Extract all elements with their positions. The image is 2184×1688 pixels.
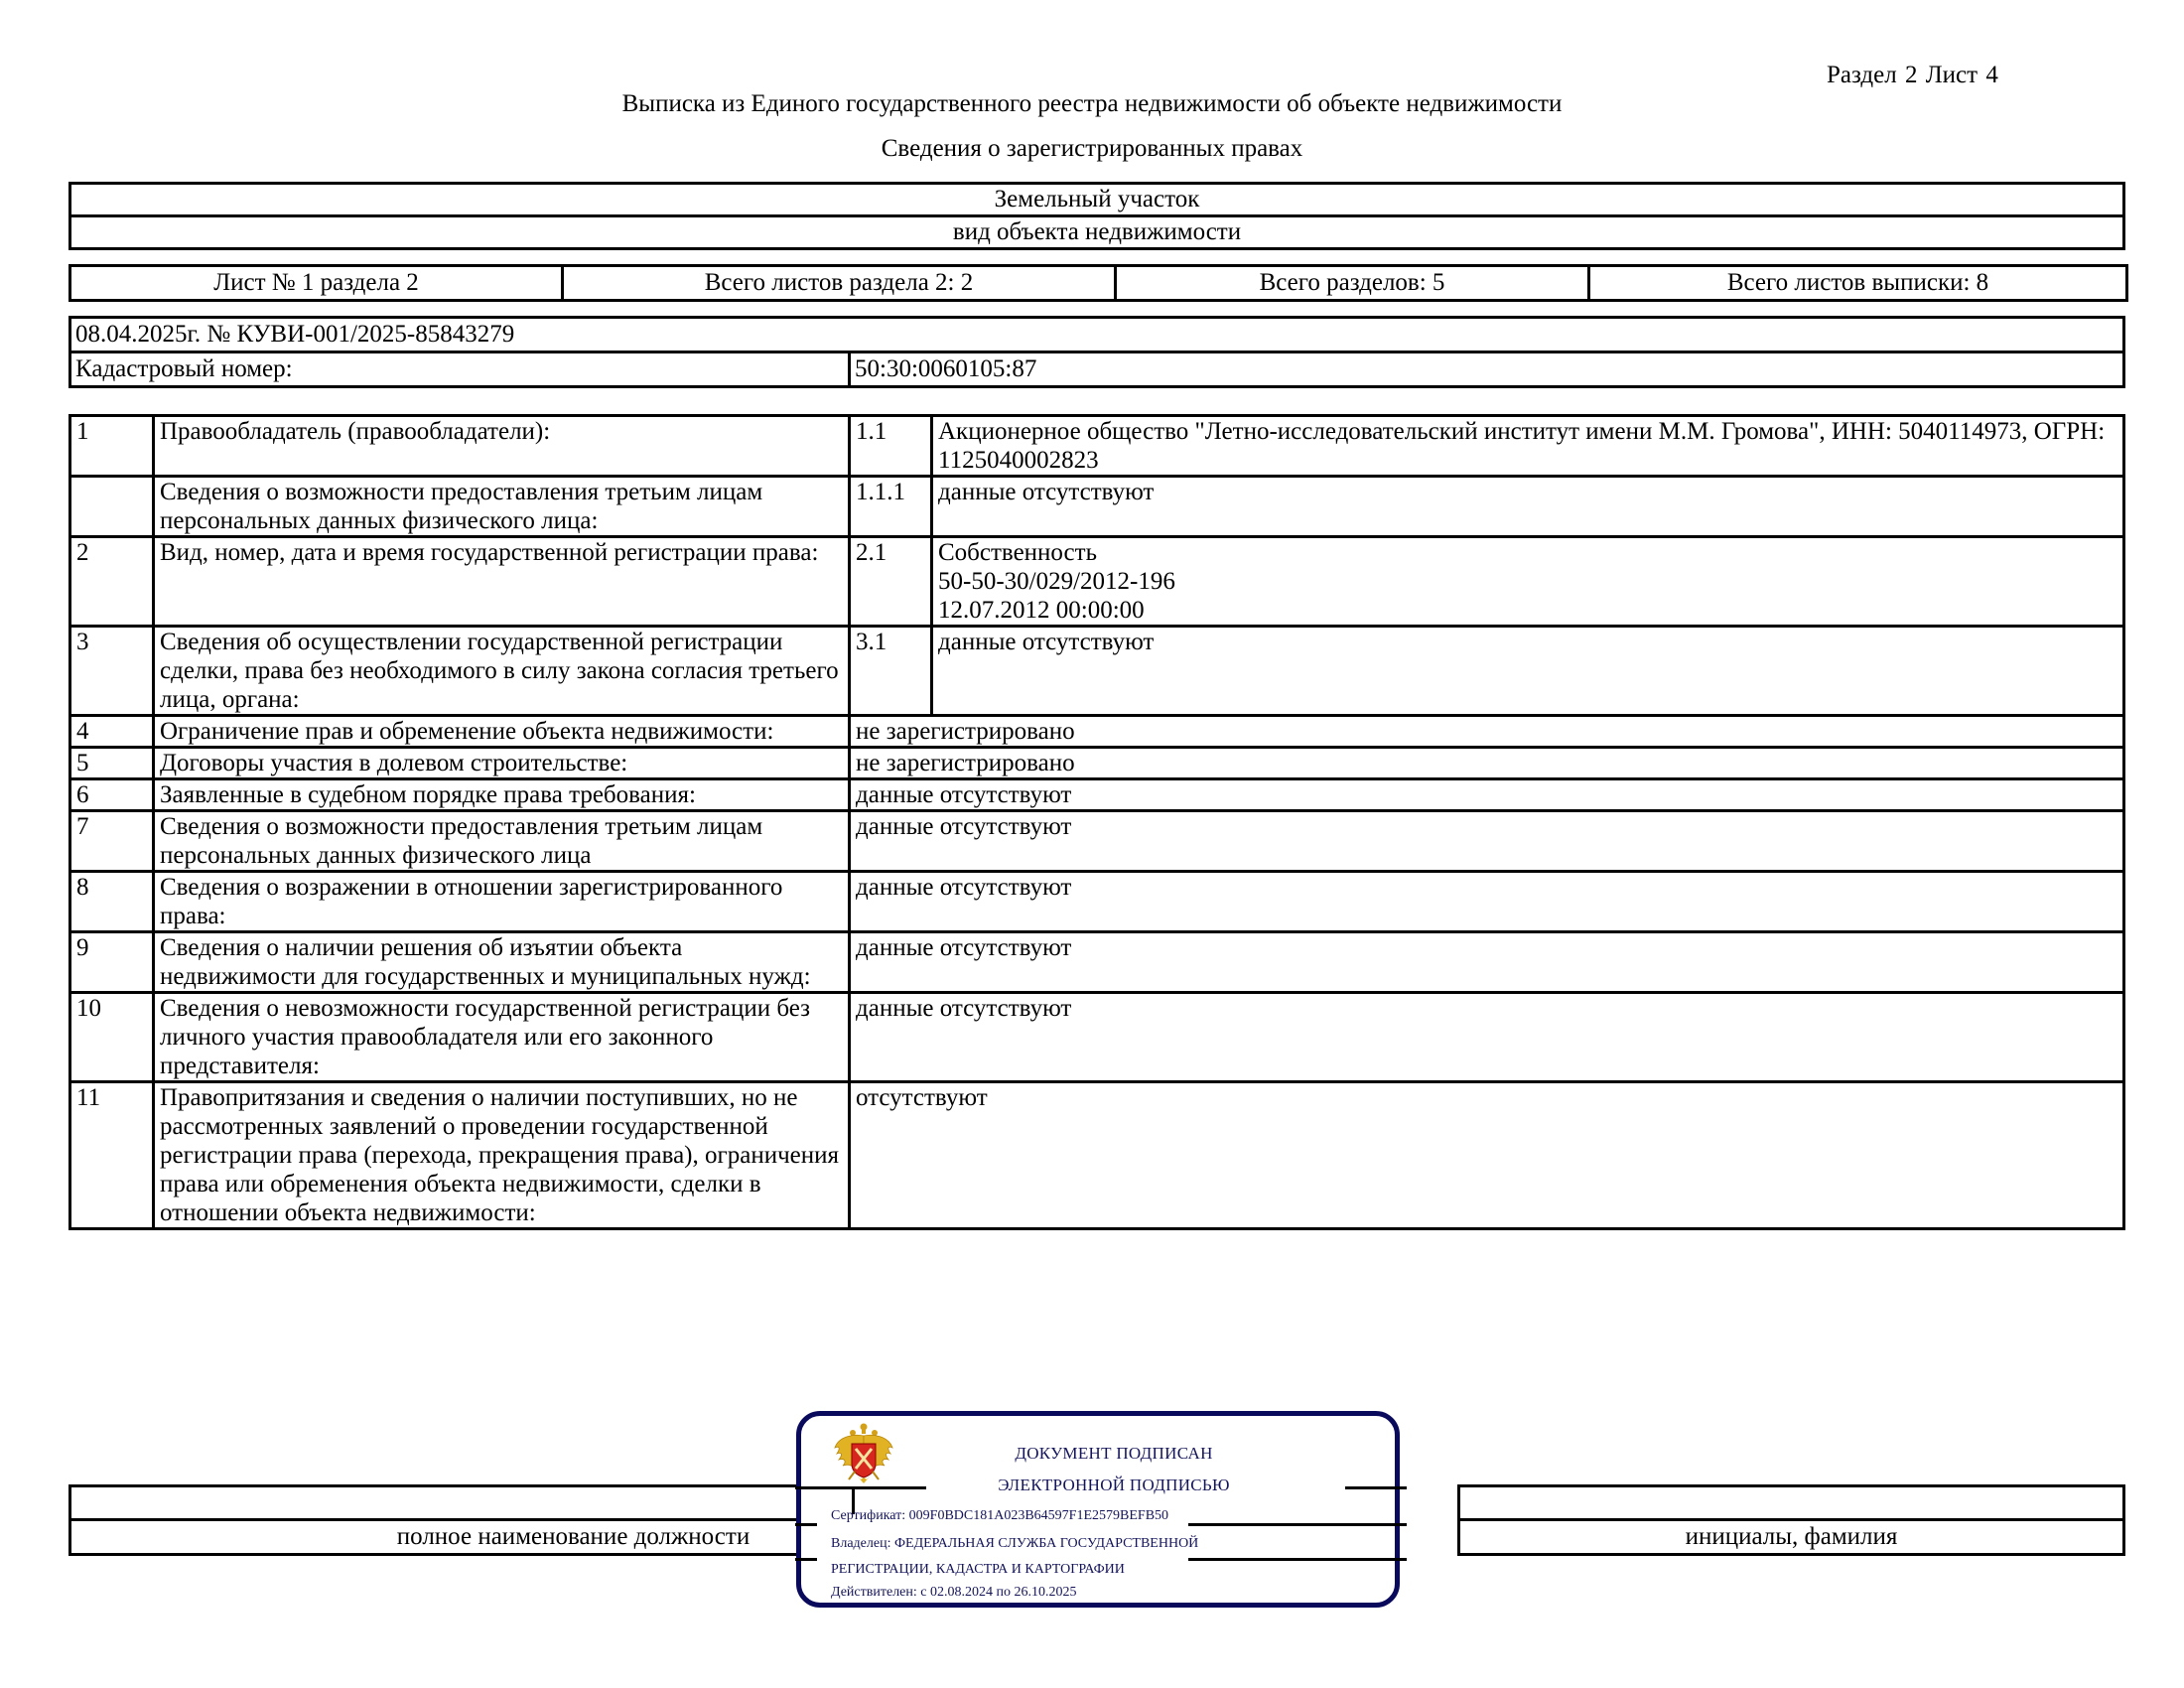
row-label: Сведения о возражении в отношении зареги… xyxy=(154,872,850,932)
row-subcode: 1.1 xyxy=(850,416,932,477)
sheet-info-table: Лист № 1 раздела 2 Всего листов раздела … xyxy=(68,264,2128,302)
row-number: 7 xyxy=(70,811,154,872)
name-field xyxy=(1459,1486,2124,1520)
row-label: Договоры участия в долевом строительстве… xyxy=(154,748,850,779)
row-label: Ограничение прав и обременение объекта н… xyxy=(154,716,850,748)
row-label: Вид, номер, дата и время государственной… xyxy=(154,537,850,627)
row-value: данные отсутствуют xyxy=(850,779,2124,811)
row-number: 6 xyxy=(70,779,154,811)
stamp-heading-electronic: ЭЛЕКТРОННОЙ ПОДПИСЬЮ xyxy=(900,1476,1327,1495)
russian-coat-of-arms-icon xyxy=(833,1422,894,1491)
row-value: данные отсутствуют xyxy=(932,477,2124,537)
row-value-line: 12.07.2012 00:00:00 xyxy=(938,596,2117,625)
stamp-validity: Действителен: с 02.08.2024 по 26.10.2025 xyxy=(831,1585,1076,1601)
cadastral-number-value: 50:30:0060105:87 xyxy=(850,352,2124,387)
row-number: 4 xyxy=(70,716,154,748)
table-row: 6Заявленные в судебном порядке права тре… xyxy=(70,779,2124,811)
table-row: 3Сведения об осуществлении государственн… xyxy=(70,627,2124,716)
object-type-value: Земельный участок xyxy=(70,184,2124,216)
cadastral-number-label: Кадастровый номер: xyxy=(70,352,850,387)
registered-rights-table: 1Правообладатель (правообладатели):1.1Ак… xyxy=(68,414,2125,1230)
stamp-owner-line-1: Владелец: ФЕДЕРАЛЬНАЯ СЛУЖБА ГОСУДАРСТВЕ… xyxy=(831,1536,1198,1552)
table-row: 1Правообладатель (правообладатели):1.1Ак… xyxy=(70,416,2124,477)
row-number: 2 xyxy=(70,537,154,627)
row-value: отсутствуют xyxy=(850,1082,2124,1229)
table-row: 9Сведения о наличии решения об изъятии о… xyxy=(70,932,2124,993)
row-number xyxy=(70,477,154,537)
row-label: Сведения о возможности предоставления тр… xyxy=(154,477,850,537)
row-value: не зарегистрировано xyxy=(850,716,2124,748)
table-row: Сведения о возможности предоставления тр… xyxy=(70,477,2124,537)
row-number: 5 xyxy=(70,748,154,779)
row-value-line: Собственность xyxy=(938,538,2117,567)
table-row: 11Правопритязания и сведения о наличии п… xyxy=(70,1082,2124,1229)
page-mark: Раздел 2 Лист 4 xyxy=(1827,62,1998,89)
sheet-number: Лист № 1 раздела 2 xyxy=(70,266,563,301)
table-row: 7Сведения о возможности предоставления т… xyxy=(70,811,2124,872)
total-sections: Всего разделов: 5 xyxy=(1116,266,1589,301)
row-label: Сведения о наличии решения об изъятии об… xyxy=(154,932,850,993)
section-sheets-count: Всего листов раздела 2: 2 xyxy=(563,266,1116,301)
object-type-table: Земельный участок вид объекта недвижимос… xyxy=(68,182,2125,250)
table-row: 2Вид, номер, дата и время государственно… xyxy=(70,537,2124,627)
row-number: 8 xyxy=(70,872,154,932)
row-value: Собственность50-50-30/029/2012-19612.07.… xyxy=(932,537,2124,627)
row-value: данные отсутствуют xyxy=(850,932,2124,993)
row-number: 1 xyxy=(70,416,154,477)
row-value: Акционерное общество "Летно-исследовател… xyxy=(932,416,2124,477)
document-subtitle: Сведения о зарегистрированных правах xyxy=(0,135,2184,163)
object-type-caption: вид объекта недвижимости xyxy=(70,216,2124,249)
row-number: 9 xyxy=(70,932,154,993)
table-row: 5Договоры участия в долевом строительств… xyxy=(70,748,2124,779)
table-row: 4Ограничение прав и обременение объекта … xyxy=(70,716,2124,748)
stamp-owner-line-2: РЕГИСТРАЦИИ, КАДАСТРА И КАРТОГРАФИИ xyxy=(831,1562,1125,1578)
row-label: Заявленные в судебном порядке права треб… xyxy=(154,779,850,811)
row-value-line: 50-50-30/029/2012-196 xyxy=(938,567,2117,596)
row-label: Сведения об осуществлении государственно… xyxy=(154,627,850,716)
row-number: 11 xyxy=(70,1082,154,1229)
row-value: не зарегистрировано xyxy=(850,748,2124,779)
row-value: данные отсутствуют xyxy=(850,811,2124,872)
name-caption: инициалы, фамилия xyxy=(1459,1520,2124,1555)
row-value: данные отсутствуют xyxy=(850,993,2124,1082)
row-subcode: 1.1.1 xyxy=(850,477,932,537)
stamp-certificate: Сертификат: 009F0BDC181A023B64597F1E2579… xyxy=(831,1508,1168,1524)
table-row: 10Сведения о невозможности государственн… xyxy=(70,993,2124,1082)
row-value: данные отсутствуют xyxy=(932,627,2124,716)
row-subcode: 2.1 xyxy=(850,537,932,627)
row-label: Правообладатель (правообладатели): xyxy=(154,416,850,477)
extract-date-number: 08.04.2025г. № КУВИ-001/2025-85843279 xyxy=(70,318,2124,352)
row-number: 3 xyxy=(70,627,154,716)
stamp-heading-signed: ДОКУМЕНТ ПОДПИСАН xyxy=(900,1444,1327,1464)
extract-info-table: 08.04.2025г. № КУВИ-001/2025-85843279 Ка… xyxy=(68,316,2125,388)
electronic-signature-stamp: ДОКУМЕНТ ПОДПИСАН ЭЛЕКТРОННОЙ ПОДПИСЬЮ С… xyxy=(796,1411,1400,1608)
document-title: Выписка из Единого государственного реес… xyxy=(0,90,2184,118)
row-subcode: 3.1 xyxy=(850,627,932,716)
row-value: данные отсутствуют xyxy=(850,872,2124,932)
table-row: 8Сведения о возражении в отношении зарег… xyxy=(70,872,2124,932)
total-sheets: Всего листов выписки: 8 xyxy=(1589,266,2127,301)
row-label: Сведения о невозможности государственной… xyxy=(154,993,850,1082)
row-label: Сведения о возможности предоставления тр… xyxy=(154,811,850,872)
row-label: Правопритязания и сведения о наличии пос… xyxy=(154,1082,850,1229)
row-number: 10 xyxy=(70,993,154,1082)
